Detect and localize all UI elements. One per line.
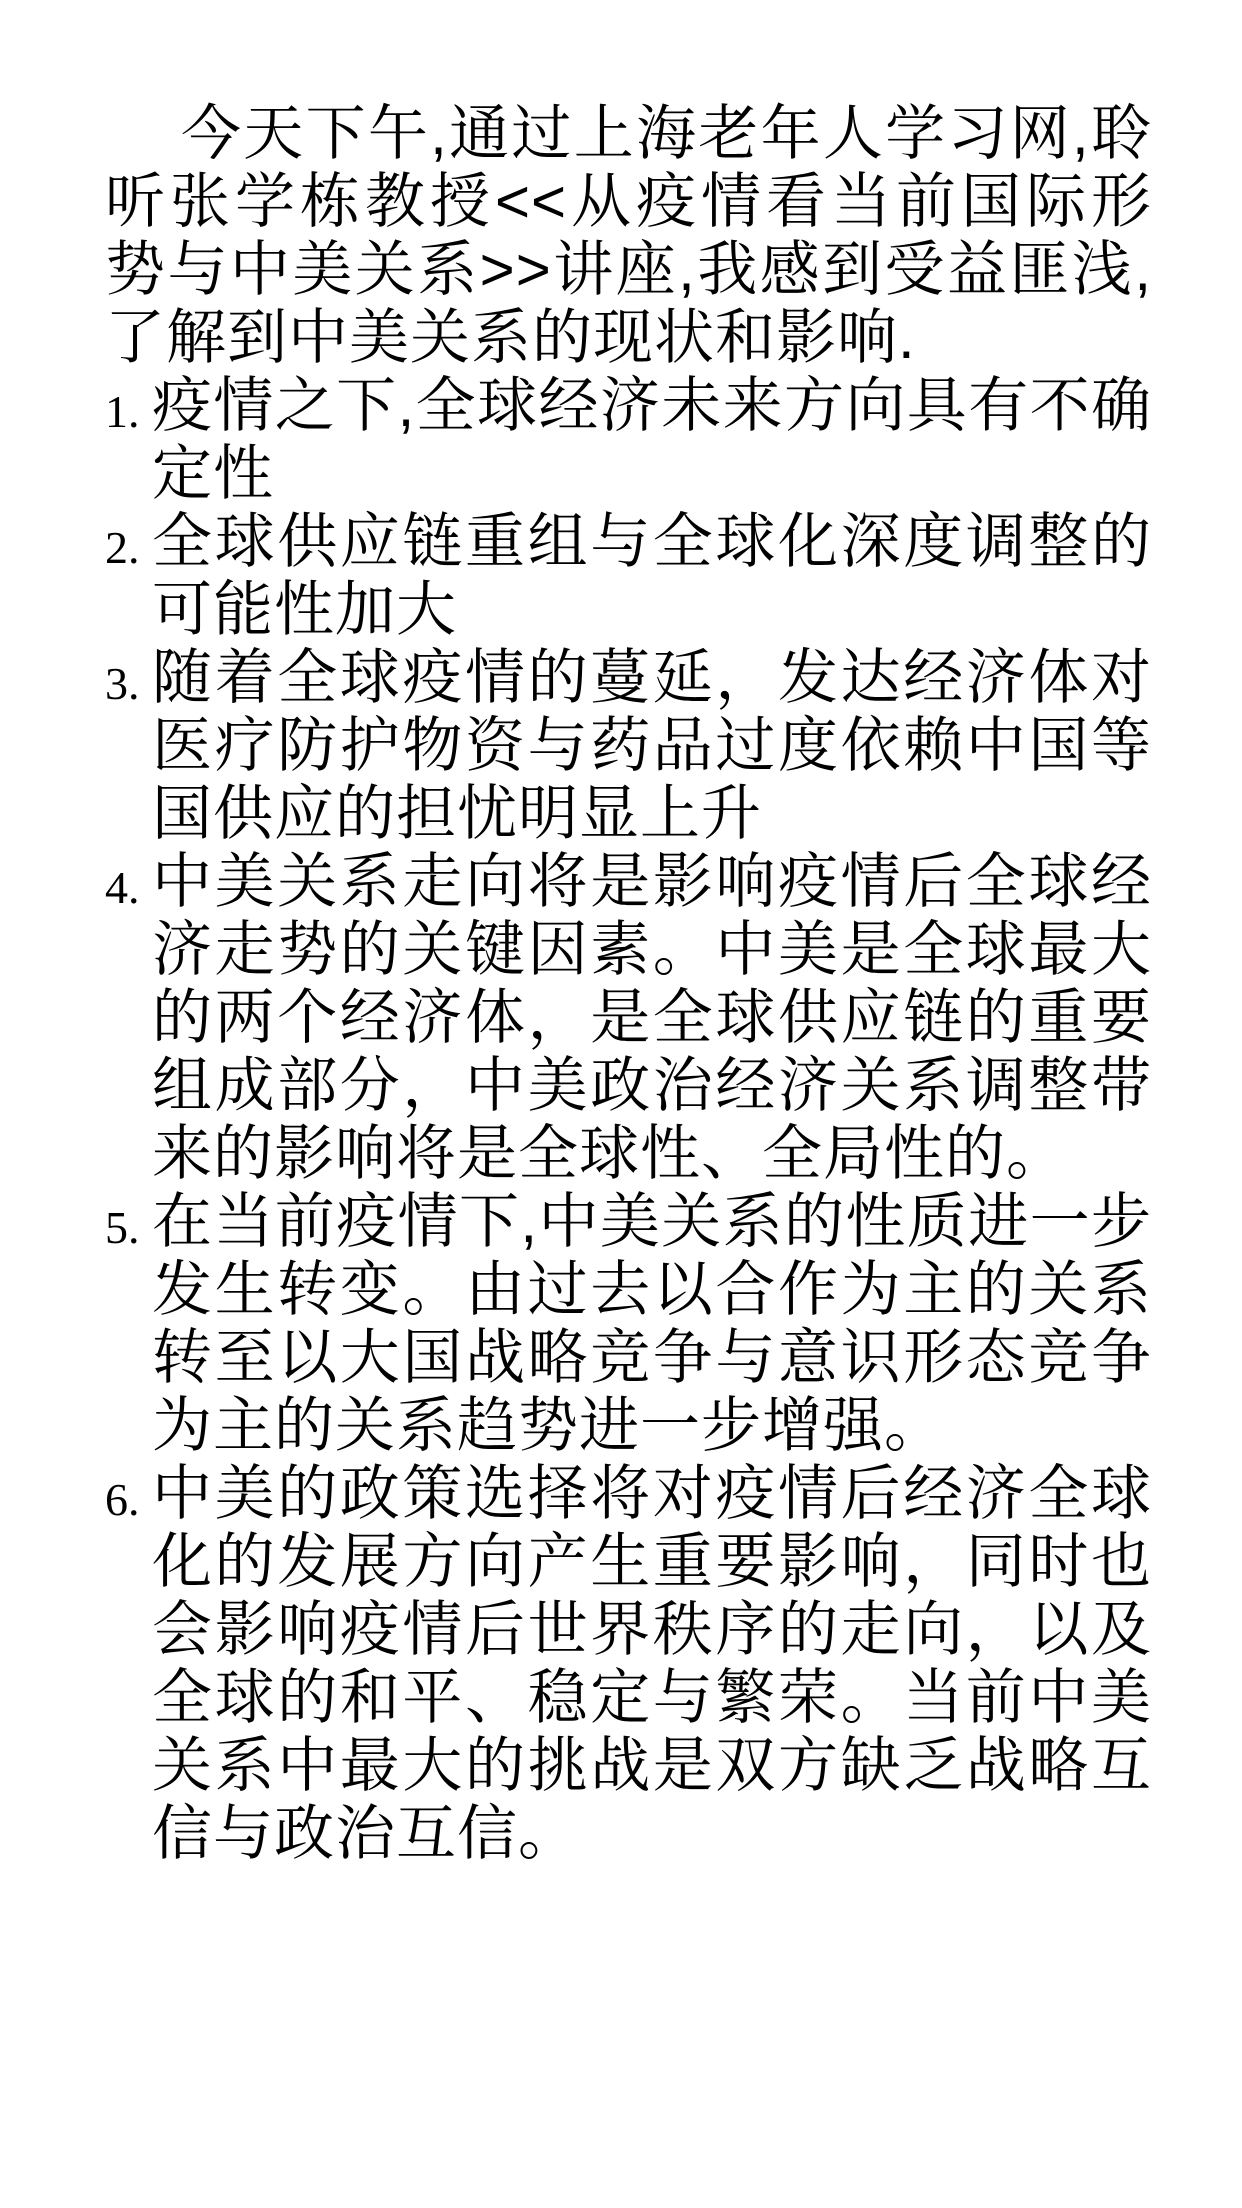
intro-paragraph: 今天下午,通过上海老年人学习网,聆听张学栋教授<<从疫情看当前国际形势与中美关系… [105, 100, 1152, 372]
list-item-text: 全球供应链重组与全球化深度调整的可能性加大 [152, 508, 1152, 643]
list-item-number: 5. [105, 1194, 140, 1262]
list-item: 6. 中美的政策选择将对疫情后经济全球化的发展方向产生重要影响，同时也会影响疫情… [105, 1460, 1152, 1868]
list-item: 3. 随着全球疫情的蔓延，发达经济体对医疗防护物资与药品过度依赖中国等国供应的担… [105, 644, 1152, 848]
numbered-list: 1. 疫情之下,全球经济未来方向具有不确定性 2. 全球供应链重组与全球化深度调… [105, 372, 1152, 1868]
list-item: 1. 疫情之下,全球经济未来方向具有不确定性 [105, 372, 1152, 508]
list-item-number: 4. [105, 854, 140, 922]
list-item-text: 中美的政策选择将对疫情后经济全球化的发展方向产生重要影响，同时也会影响疫情后世界… [152, 1460, 1152, 1867]
list-item: 4. 中美关系走向将是影响疫情后全球经济走势的关键因素。中美是全球最大的两个经济… [105, 848, 1152, 1188]
list-item-text: 疫情之下,全球经济未来方向具有不确定性 [152, 372, 1152, 507]
list-item-number: 1. [105, 378, 140, 446]
list-item-number: 2. [105, 514, 140, 582]
list-item: 2. 全球供应链重组与全球化深度调整的可能性加大 [105, 508, 1152, 644]
list-item-number: 3. [105, 650, 140, 718]
list-item-text: 随着全球疫情的蔓延，发达经济体对医疗防护物资与药品过度依赖中国等国供应的担忧明显… [152, 644, 1152, 847]
list-item-text: 中美关系走向将是影响疫情后全球经济走势的关键因素。中美是全球最大的两个经济体，是… [152, 848, 1152, 1187]
list-item-text: 在当前疫情下,中美关系的性质进一步发生转变。由过去以合作为主的关系转至以大国战略… [152, 1188, 1152, 1459]
list-item: 5. 在当前疫情下,中美关系的性质进一步发生转变。由过去以合作为主的关系转至以大… [105, 1188, 1152, 1460]
document-page: 今天下午,通过上海老年人学习网,聆听张学栋教授<<从疫情看当前国际形势与中美关系… [0, 0, 1242, 1868]
list-item-number: 6. [105, 1466, 140, 1534]
